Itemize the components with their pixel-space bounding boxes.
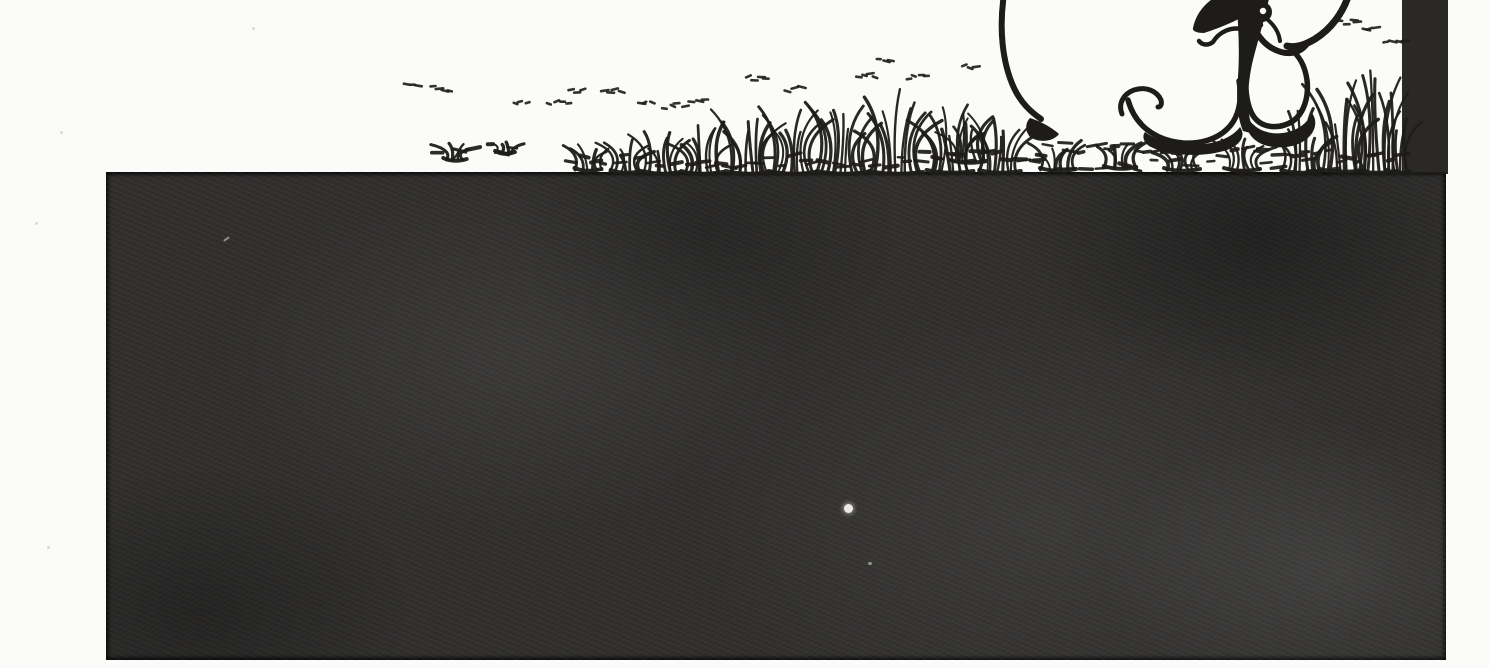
- ground-debris-dash: [754, 163, 764, 164]
- grass-speck: [1384, 42, 1389, 43]
- grass-speck: [671, 105, 675, 107]
- ground-debris-dash: [734, 165, 745, 167]
- grass-speck: [682, 106, 688, 107]
- ground-debris-dash: [1258, 149, 1268, 150]
- grass-speck: [674, 103, 680, 104]
- grass-blade: [971, 130, 976, 162]
- ground-debris-dash: [565, 161, 576, 163]
- ground-debris-dash: [1170, 159, 1180, 161]
- ground-debris-dash: [1333, 169, 1339, 170]
- moomin-right-foot-outline: [1246, 49, 1308, 127]
- ground-debris-dash: [1080, 169, 1093, 170]
- comic-page: [0, 0, 1489, 668]
- ground-debris-dash: [885, 166, 898, 168]
- ground-debris-dash: [992, 151, 1001, 153]
- grass-blade: [756, 119, 758, 173]
- grass-blade: [449, 143, 453, 160]
- ground-debris-dash: [838, 166, 850, 167]
- grass-speck: [448, 90, 452, 91]
- ground-debris-dash: [1261, 162, 1272, 163]
- grass-speck: [792, 87, 798, 89]
- grass-speck-cluster: [785, 86, 806, 92]
- ground-debris-dash: [1272, 155, 1283, 156]
- ground-debris-dash: [1388, 159, 1394, 161]
- ground-debris-dash: [671, 162, 682, 164]
- grass-speck-cluster: [1384, 41, 1409, 43]
- ground-debris-dash: [818, 160, 828, 162]
- grass-base-clump: [681, 171, 722, 174]
- ground-debris-dash: [800, 160, 811, 161]
- grass-speck: [1374, 27, 1380, 28]
- ground-debris-dash: [1292, 155, 1305, 156]
- ground-debris-dash: [1314, 153, 1320, 154]
- grass-speck: [746, 75, 751, 77]
- grass-speck-cluster: [547, 100, 571, 104]
- ground-debris-dash: [716, 163, 727, 164]
- grass-speck: [867, 73, 874, 74]
- grass-speck: [873, 77, 878, 79]
- grass-speck: [689, 102, 695, 103]
- grass-speck: [662, 108, 667, 109]
- grass-speck: [580, 89, 585, 91]
- grass-speck-cluster: [662, 103, 689, 109]
- grass-speck-cluster: [638, 102, 654, 104]
- ground-debris-dash: [696, 161, 709, 163]
- ground-debris-dash: [964, 161, 974, 162]
- grass-speck: [973, 66, 980, 67]
- grass-speck-cluster: [689, 100, 709, 103]
- grass-speck: [526, 102, 530, 103]
- moomin-left-body-outline: [1002, 0, 1041, 119]
- grass-speck: [607, 92, 614, 93]
- ground-debris-dash: [600, 163, 605, 164]
- grass-base-clump: [726, 171, 771, 174]
- grass-blade: [997, 137, 1001, 172]
- scanned-comic-page: { "page": { "width": 1489, "height": 668…: [0, 0, 1489, 668]
- ground-debris-dash: [953, 154, 965, 155]
- grass-speck: [785, 91, 791, 93]
- ground-debris-dash: [1134, 169, 1141, 171]
- ground-debris-dash: [1326, 150, 1331, 151]
- grass-speck: [518, 101, 522, 102]
- ground-debris-dash: [1232, 149, 1238, 150]
- grass-blade: [1395, 131, 1397, 172]
- grass-base-clump: [979, 170, 1020, 173]
- ground-debris-dash: [1034, 159, 1046, 160]
- ground-debris-dash: [635, 157, 644, 158]
- ground-debris-dash: [1271, 166, 1285, 168]
- grass-blade: [994, 119, 997, 172]
- grass-speck: [856, 77, 861, 78]
- grass-speck: [555, 100, 560, 102]
- ground-debris-dash: [1061, 168, 1075, 169]
- grass-speck: [912, 75, 916, 76]
- grass-speck: [569, 89, 574, 90]
- grass-speck-cluster: [962, 65, 980, 70]
- grass-speck: [404, 84, 410, 85]
- grass-blade: [895, 89, 900, 173]
- ground-debris-dash: [852, 164, 863, 166]
- ground-debris-dash: [1207, 161, 1214, 162]
- ground-debris-dash: [1342, 157, 1354, 159]
- grass-blade: [748, 122, 753, 173]
- grass-speck: [567, 103, 572, 104]
- ground-debris-dash: [580, 155, 589, 157]
- grass-speck: [650, 102, 654, 104]
- grass-speck-cluster: [1363, 27, 1380, 30]
- ground-debris-dash: [1119, 163, 1130, 166]
- grass-speck: [907, 79, 911, 80]
- grass-speck-cluster: [601, 88, 624, 92]
- moomin-figure: [1002, 0, 1349, 155]
- ground-debris-dash: [1184, 165, 1199, 166]
- grass-speck: [1354, 22, 1361, 23]
- grass-speck-cluster: [877, 59, 894, 62]
- grass-speck: [888, 60, 894, 61]
- ground-debris-dash: [1143, 151, 1150, 152]
- grass-speck-cluster: [431, 86, 452, 92]
- ground-debris-dash: [615, 162, 626, 163]
- ground-debris-dash: [1043, 144, 1053, 146]
- panel-frame-side-bar: [1402, 0, 1448, 174]
- ground-debris-dash: [1096, 168, 1110, 169]
- grass-speck-cluster: [514, 101, 530, 104]
- grass-speck: [1402, 41, 1409, 42]
- ground-debris-dash: [1001, 159, 1011, 160]
- ink-illustration: [0, 0, 1489, 668]
- grass-speck: [1367, 28, 1372, 30]
- ground-debris-dash: [788, 153, 800, 156]
- grass-base-clump: [817, 171, 867, 174]
- grass-speck-cluster: [1337, 20, 1361, 25]
- grass-base-clump: [644, 171, 680, 174]
- moomin-tail-line: [1268, 20, 1280, 41]
- grass-speck-cluster: [856, 73, 877, 78]
- ground-debris-dash: [1302, 158, 1316, 160]
- ground-debris-dash: [1097, 143, 1107, 145]
- ground-debris-dash: [869, 165, 880, 166]
- grass-speck: [612, 88, 618, 90]
- grass-speck: [415, 85, 422, 86]
- grass-speck-cluster: [746, 75, 769, 80]
- grass-speck: [619, 91, 625, 93]
- grass-speck: [798, 86, 805, 88]
- ground-debris-dash: [1255, 151, 1263, 152]
- grass-speck: [962, 65, 966, 67]
- ground-debris-dash: [1105, 149, 1114, 150]
- grass-speck: [1351, 20, 1358, 21]
- grass-blade: [630, 140, 633, 172]
- ground-debris-dash: [1217, 156, 1228, 157]
- ground-debris-dash: [1059, 143, 1072, 144]
- ground-debris-dash: [467, 147, 480, 150]
- ground-debris-dash: [1355, 161, 1360, 162]
- grass-speck: [547, 103, 551, 104]
- ground-debris-dash: [508, 147, 518, 148]
- ground-debris-dash: [1395, 154, 1409, 156]
- ground-debris-dash: [1037, 155, 1046, 156]
- ground-debris-dash: [916, 161, 929, 162]
- ground-debris-dash: [1078, 152, 1084, 153]
- grass-speck-cluster: [404, 84, 422, 87]
- grass-speck-cluster: [569, 89, 586, 93]
- ground-debris-dash: [1152, 150, 1160, 151]
- ground-debris-dash: [621, 155, 628, 156]
- moomin-tail-knob-hole: [1260, 8, 1266, 14]
- grass-speck-cluster: [907, 75, 929, 79]
- moomin-right-body-outline: [1287, 0, 1349, 47]
- ground-debris-dash: [904, 161, 911, 162]
- grass-speck: [643, 102, 647, 104]
